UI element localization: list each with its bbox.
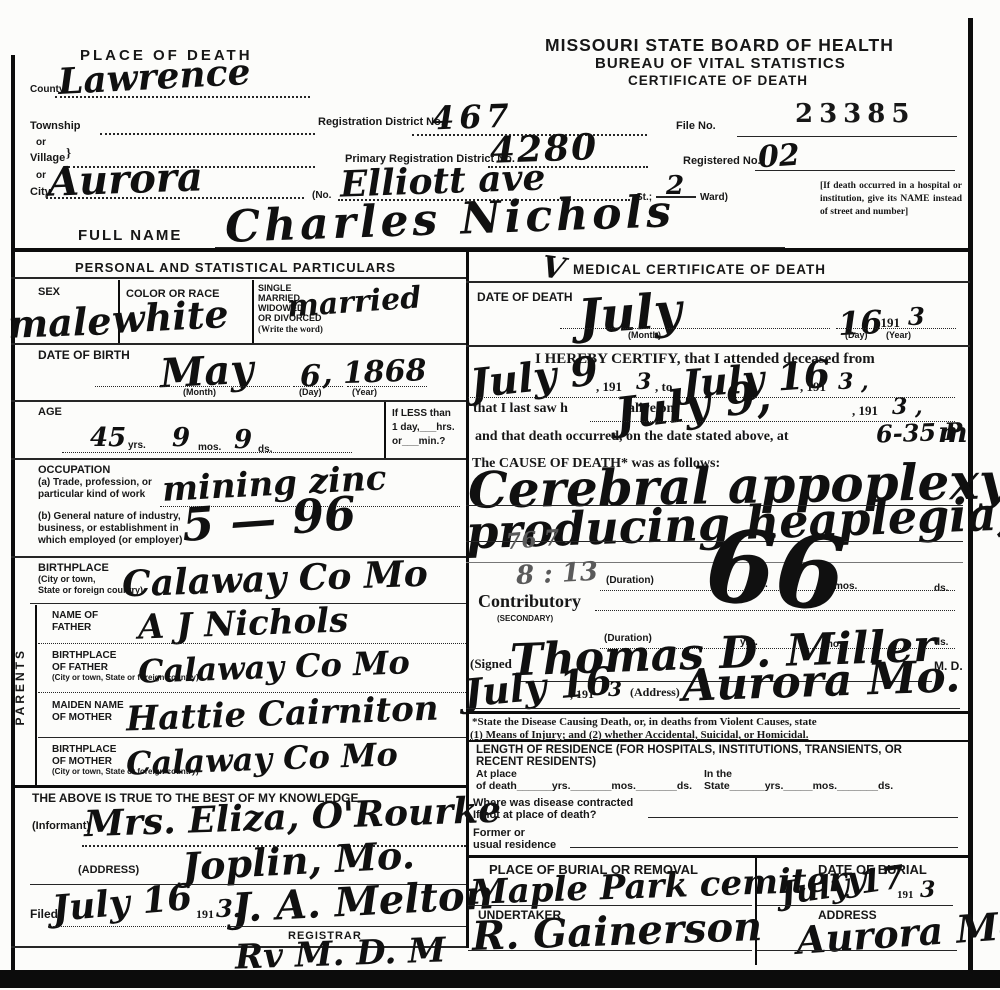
rule [230, 926, 466, 927]
year-print: , 191 [570, 688, 594, 701]
marital-value: married [286, 281, 422, 323]
month-caption: (Month) [628, 331, 661, 341]
last-saw-text: that I last saw h [473, 401, 568, 416]
death-time-meridiem: m [938, 418, 968, 449]
bureau-title: BUREAU OF VITAL STATISTICS [595, 56, 846, 73]
yrs-caption: yrs. [128, 440, 146, 451]
year-caption: (Year) [352, 388, 377, 398]
signed-year-value: 3 [608, 678, 622, 700]
rule [100, 133, 315, 135]
former-residence-label: Former or [473, 827, 525, 839]
contributory-label: Contributory [478, 592, 581, 612]
month-caption: (Month) [183, 388, 216, 398]
mother-name-label: OF MOTHER [52, 712, 112, 723]
secondary-caption: (SECONDARY) [497, 615, 553, 624]
rule [560, 328, 830, 329]
rule [215, 247, 785, 248]
day-caption: (Day) [299, 388, 322, 398]
rule [757, 950, 957, 951]
occupation-a-label: (a) Trade, profession, or [38, 477, 152, 488]
year-print: 191 [897, 889, 914, 901]
duration-caption: (Duration) [606, 575, 654, 586]
at-place-blanks: of death______yrs._______mos._______ds. [476, 781, 692, 793]
at-place-label: At place [476, 769, 517, 781]
burial-year-value: 3 [920, 878, 935, 902]
rule [11, 458, 466, 460]
father-name-value: A J Nichols [137, 602, 348, 647]
filed-date-value: July 16 [51, 878, 194, 930]
date-of-death-year: 3 [908, 304, 925, 330]
frame-bottom-border [0, 970, 1000, 988]
birthplace-sub: (City or town, [38, 575, 96, 585]
father-name-label: NAME OF [52, 610, 98, 621]
rule [570, 847, 958, 848]
registration-district-label: Registration District No. [318, 116, 444, 128]
address-caption: (Address) [630, 686, 680, 699]
occupation-label: OCCUPATION [38, 464, 110, 476]
file-no-value: 23385 [795, 100, 915, 129]
rule [737, 136, 957, 137]
footnote-text: *State the Disease Causing Death, or, in… [472, 716, 817, 728]
ds-caption: ds. [258, 444, 272, 455]
mother-name-value: Hattie Cairniton [125, 691, 439, 739]
dob-label: DATE OF BIRTH [38, 349, 130, 362]
occupation-b-label: which employed (or employer) [38, 535, 182, 546]
if-less-note: 1 day,___hrs. [392, 422, 455, 433]
informant-address-label: (ADDRESS) [78, 864, 139, 876]
day-caption: (Day) [845, 331, 868, 341]
death-occurred-text: and that death occurred, on the date sta… [475, 429, 789, 444]
parents-box-border [35, 605, 37, 785]
column-divider [466, 250, 469, 948]
residence-label: LENGTH OF RESIDENCE (FOR HOSPITALS, INST… [476, 744, 902, 757]
parents-label: PARENTS [14, 648, 27, 725]
rule [595, 610, 955, 611]
registered-no-label: Registered No. [683, 155, 761, 167]
mother-name-label: MAIDEN NAME [52, 700, 124, 711]
if-less-note: or___min.? [392, 436, 445, 447]
or-label: or [36, 137, 46, 148]
father-birthplace-label: BIRTHPLACE [52, 650, 116, 661]
mother-birthplace-value: Calaway Co Mo [125, 737, 398, 782]
where-contracted-label: Where was disease contracted [473, 797, 633, 809]
cell-divider [384, 402, 386, 458]
rule [55, 96, 310, 98]
filed-year-print: 191 [196, 908, 214, 921]
if-less-note: If LESS than [392, 408, 451, 419]
ds-caption: ds. [934, 583, 948, 594]
mother-birthplace-label: OF MOTHER [52, 756, 112, 767]
father-name-label: FATHER [52, 622, 91, 633]
residence-label: RECENT RESIDENTS) [476, 756, 596, 769]
rule [11, 400, 466, 402]
rule [757, 905, 953, 906]
personal-section-title: PERSONAL AND STATISTICAL PARTICULARS [75, 261, 396, 275]
rule [11, 277, 466, 279]
occupation-b-label: business, or establishment in [38, 523, 179, 534]
rule [466, 345, 970, 347]
ward-label: Ward) [700, 192, 728, 203]
mother-birthplace-label: BIRTHPLACE [52, 744, 116, 755]
death-certificate-scan: PLACE OF DEATH County Lawrence Township … [0, 0, 1000, 990]
medical-section-title: MEDICAL CERTIFICATE OF DEATH [573, 263, 826, 278]
informant-label: (Informant) [32, 820, 90, 832]
rule [38, 737, 466, 738]
or-label: or [36, 170, 46, 181]
physician-address: Aurora Mo. [681, 653, 961, 711]
sex-value: male [7, 300, 112, 345]
father-birthplace-value: Calaway Co Mo [137, 645, 410, 690]
file-no-label: File No. [676, 120, 716, 132]
rule [11, 785, 466, 788]
rule [648, 817, 958, 818]
age-days-value: 9 [234, 426, 252, 455]
occupation-a-label: particular kind of work [38, 489, 145, 500]
rule [466, 281, 970, 283]
year-caption: (Year) [886, 331, 911, 341]
certificate-title: CERTIFICATE OF DEATH [628, 74, 808, 89]
rule [466, 711, 970, 714]
rule [755, 170, 955, 171]
former-residence-label: usual residence [473, 839, 556, 851]
date-of-death-label: DATE OF DEATH [477, 291, 573, 304]
pencil-scribble-2: 8 : 13 [515, 558, 598, 591]
occupation-b-label: (b) General nature of industry, [38, 511, 181, 522]
rule [62, 452, 352, 453]
race-value: white [111, 293, 230, 341]
registrar-note: Rv M. D. M [234, 932, 446, 977]
attended-to-year: 3 , [838, 370, 869, 394]
rule [46, 197, 304, 199]
registrar-signature: J. A. Melton [231, 873, 495, 931]
year-print: , 191 [852, 404, 878, 418]
rule [48, 926, 226, 927]
cell-divider [252, 280, 254, 343]
pencil-scribble-1: 76 7 [505, 526, 560, 555]
age-months-value: 9 [172, 424, 190, 453]
age-label: AGE [38, 406, 62, 418]
year-print: , 191 [874, 316, 900, 330]
board-title: MISSOURI STATE BOARD OF HEALTH [545, 36, 894, 55]
father-birthplace-label: OF FATHER [52, 662, 108, 673]
birthplace-label: BIRTHPLACE [38, 562, 109, 574]
age-years-value: 45 [90, 424, 126, 453]
year-print: , 191 [800, 380, 826, 394]
hospital-note: [If death occurred in a hospital or inst… [820, 180, 962, 219]
last-saw-year: 3 , [892, 395, 923, 419]
sex-label: SEX [38, 286, 60, 298]
primary-district-value: 4280 [489, 128, 599, 171]
rule [488, 166, 648, 168]
township-label: Township [30, 120, 81, 132]
birthplace-value: Calaway Co Mo [121, 555, 428, 605]
header-divider [11, 248, 970, 252]
overwritten-scrawl: 66 [702, 510, 849, 629]
where-contracted-label: If not at place of death? [473, 809, 596, 821]
rule [466, 740, 970, 742]
in-the-label: In the [704, 769, 732, 781]
rule [466, 708, 960, 709]
in-state-blanks: State______yrs._____mos._______ds. [704, 781, 893, 793]
marital-hint: (Write the word) [258, 325, 323, 335]
attended-from-value: July 9 [468, 349, 600, 406]
frame-left-border [11, 55, 15, 972]
full-name-label: FULL NAME [78, 228, 182, 245]
rule [468, 950, 752, 951]
occupation-b-value: 5 — 96 [180, 488, 357, 551]
rule [11, 343, 466, 345]
